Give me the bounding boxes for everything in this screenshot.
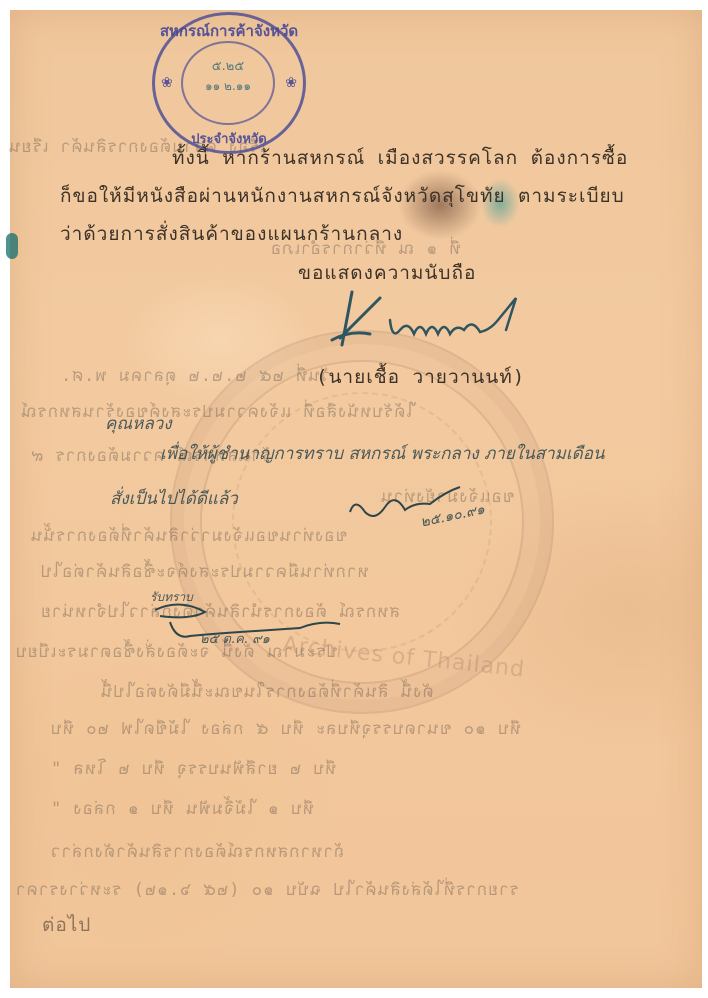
handwritten-note-line-1: เพื่อให้ผู้ชำนาญการทราบ สหกรณ์ พระกลาง ภ… (160, 440, 605, 467)
bleed-through-line: รายการที่ได้ส่งสินค้าไป ฉบับ ๑๐ (๒๕ ๖.๑๒… (15, 876, 519, 903)
bleed-through-line: หีบ ๑ ไม้จิ้มฟัน หีบ ๑ กล่อง " (50, 795, 314, 822)
bleed-through-line: วันที่ ๒๕ ๒.๒.๒ ตุลาคม พ.ศ. (60, 362, 331, 389)
continued-marker: ต่อไป (42, 910, 91, 940)
handwritten-salutation: คุณหลวง (105, 410, 172, 437)
bleed-through-line: หีบ ๑๐ ขนาดบรรจุหีบละ หีบ ๕ กล่อง ไม้ขีด… (50, 715, 521, 742)
stamp-center-text-2: ๑๑ ๒.๑๑ (181, 77, 275, 96)
signature (330, 290, 530, 350)
handwritten-note-line-2: สั่งเป็นไปได้ดีแล้ว (110, 485, 238, 512)
official-stamp: สหกรณ์การค้าจังหวัด ๕.๒๕ ๑๑ ๒.๑๑ ประจำจั… (152, 12, 306, 154)
signer-name: (นายเชื้อ วายวานนท์) (316, 362, 525, 392)
body-line-3: ว่าด้วยการสั่งสินค้าของแผนกร้านกลาง (60, 219, 403, 249)
bleed-through-line: ถ้าหากสหกรณ์ต้องการสินค้าดังกล่าว (50, 838, 344, 865)
bleed-through-line: หีบ ๒ ยาสีฟันบรรจุ หีบ ๒ โหล " (50, 755, 336, 782)
bleed-through-line: ได้รับหนังสือที่ แจ้งความประสงค์ของร้านส… (20, 398, 415, 425)
body-line-2: ก็ขอให้มีหนังสือผ่านหนักงานสหกรณ์จังหวัด… (60, 181, 625, 211)
signature-scribble-icon (330, 290, 530, 350)
closing-phrase: ขอแสดงความนับถือ (298, 258, 476, 288)
bleed-through-line: หากท่านมีความประสงค์จะซื้อสินค้าต่อไป (40, 558, 369, 585)
stamp-ornament-icon: ❀ (285, 75, 297, 91)
stamp-ring-top-text: สหกรณ์การค้าจังหวัด (155, 19, 303, 43)
bleed-through-line: ของท่านขอแจ้งมาว่าสินค้าที่ต้องการนั้น (30, 522, 347, 549)
handwritten-margin-date: ๒๕ ต.ค. ๙๑ (200, 628, 270, 649)
stamp-center-text: ๕.๒๕ (181, 55, 275, 76)
body-line-1: ทั้งนี้ หากร้านสหกรณ์ เมืองสวรรคโลก ต้อง… (172, 143, 628, 173)
bleed-through-line: ดังนี้ สินค้าที่ต้องการในขณะนี้มีดังต่อไ… (100, 678, 434, 705)
edge-ink-stain (6, 233, 18, 259)
stamp-ornament-icon: ❀ (161, 75, 173, 91)
